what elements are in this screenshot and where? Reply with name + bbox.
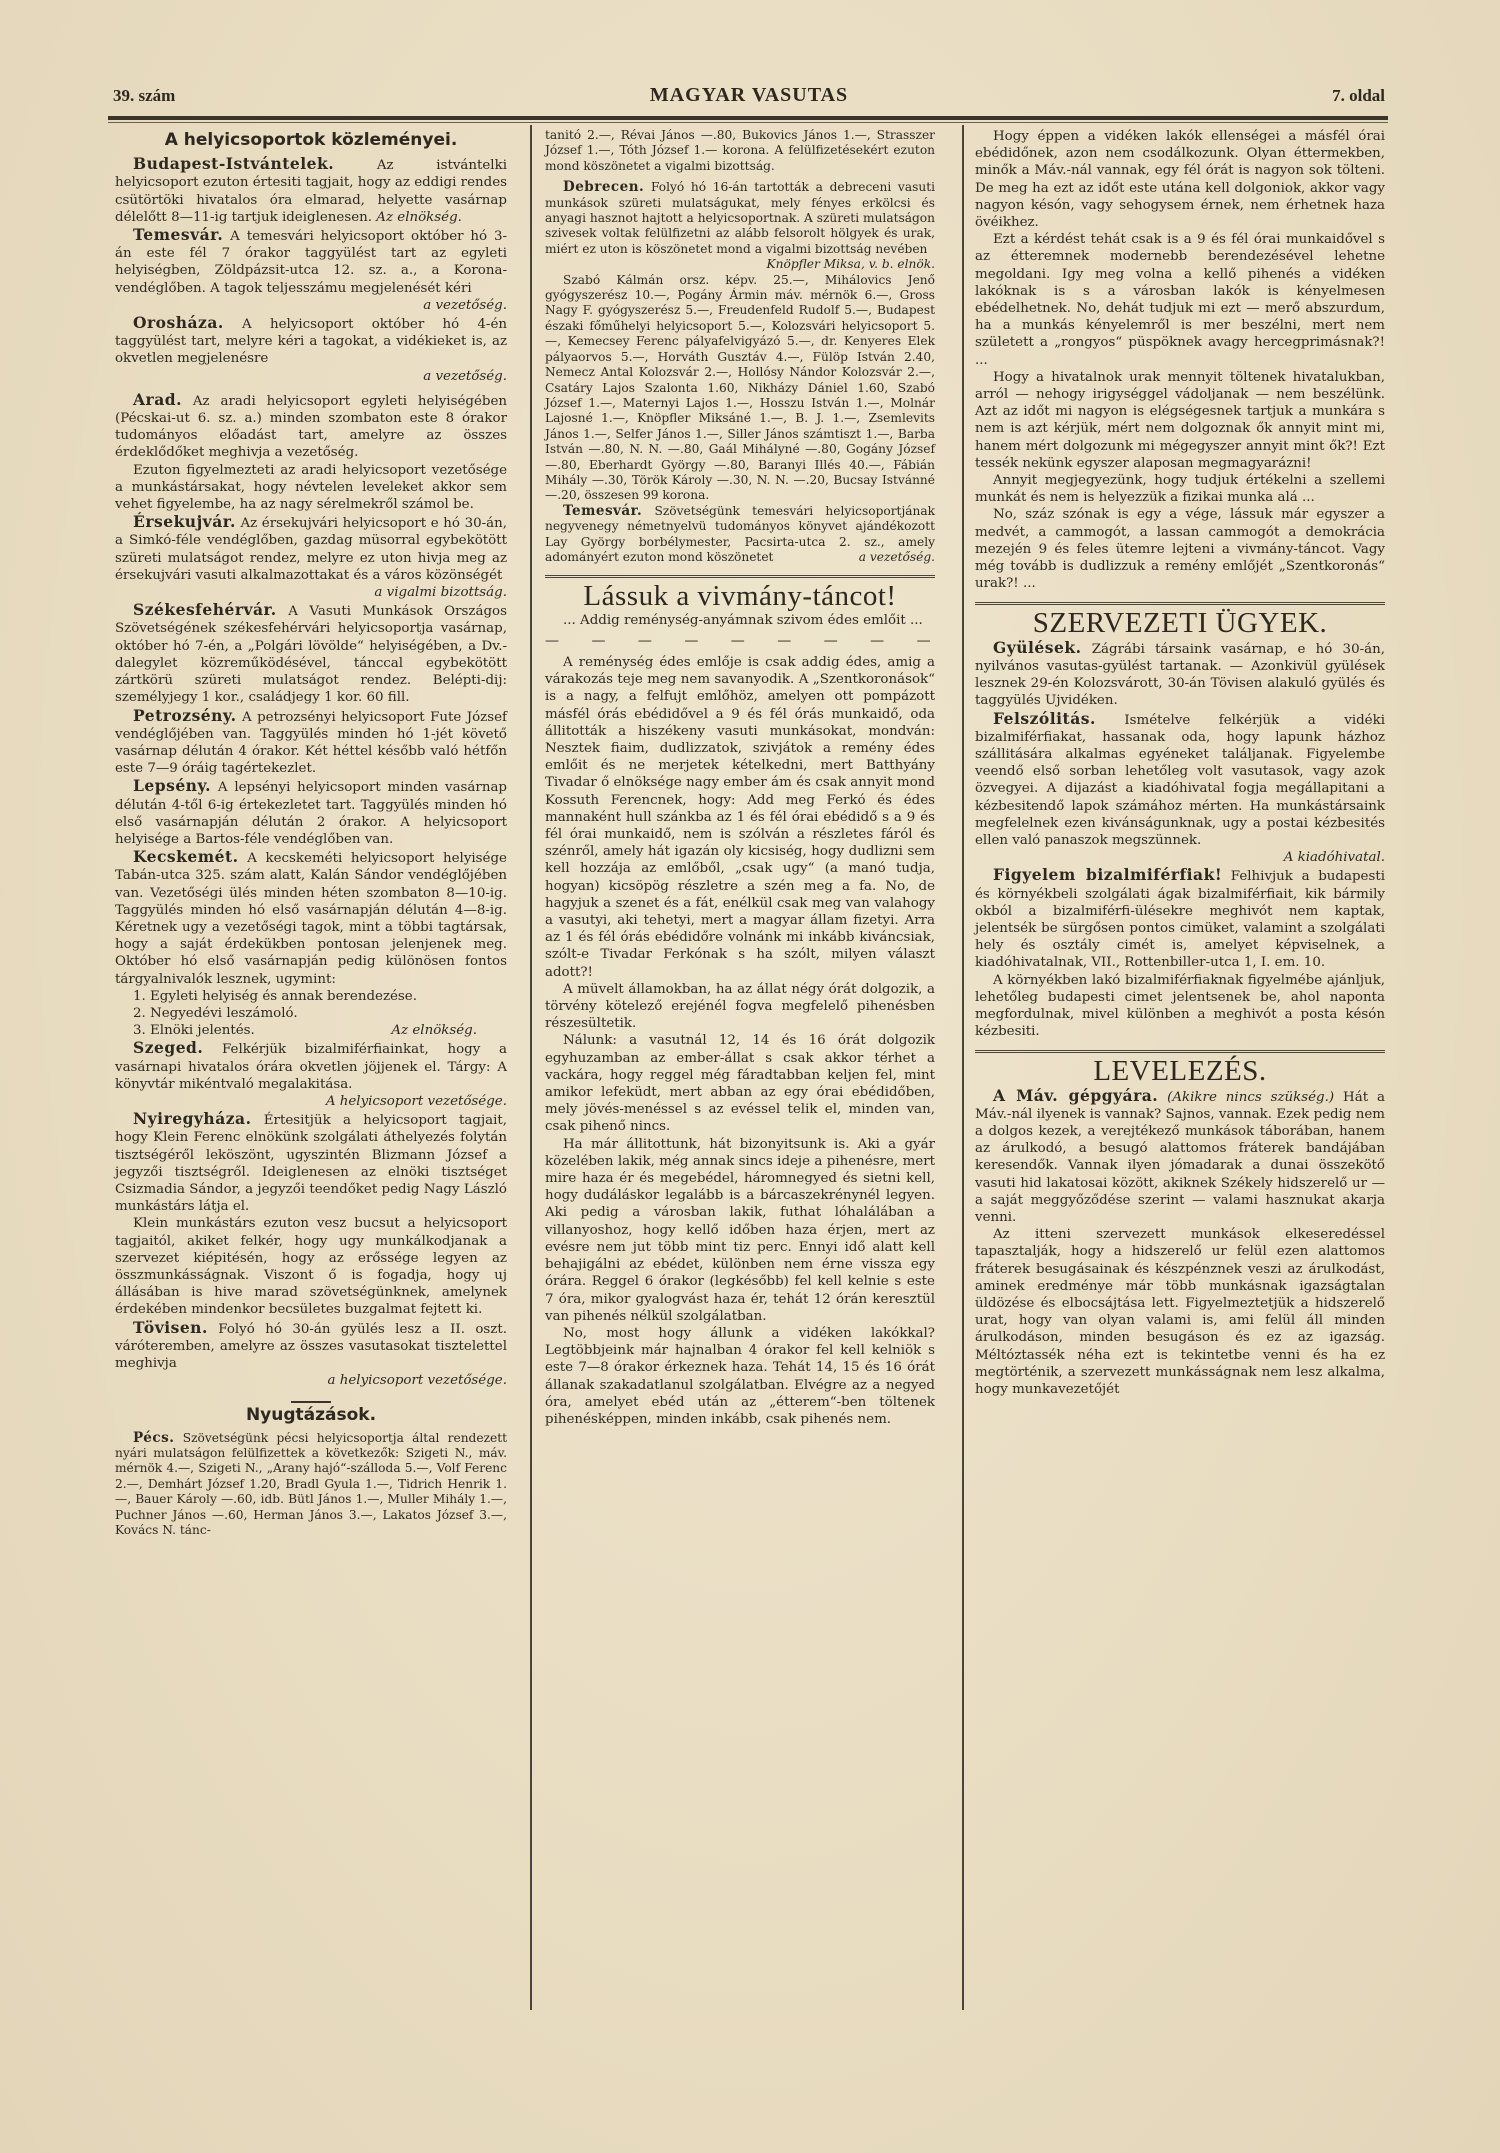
signature: a vezetőség. xyxy=(115,368,507,385)
section-title-organizational: SZERVEZETI ÜGYEK. xyxy=(975,615,1385,632)
article-paragraph: Hogy éppen a vidéken lakók ellenségei a … xyxy=(975,128,1385,231)
notice-item: Szeged. Felkérjük bizalmiférfiainkat, ho… xyxy=(115,1039,507,1093)
notice-item: Temesvár. A temesvári helyicsoport októb… xyxy=(115,226,507,297)
receipt-item: Pécs. Szövetségünk pécsi helyicsoportja … xyxy=(115,1431,507,1539)
notice-item: Arad. Az aradi helyicsoport egyleti hely… xyxy=(115,391,507,462)
page-number: 7. oldal xyxy=(1332,86,1385,106)
donor-list: Szabó Kálmán orsz. képv. 25.—, Mihálovic… xyxy=(545,273,935,504)
article-paragraph: A müvelt államokban, ha az állat négy ór… xyxy=(545,981,935,1033)
agenda-item: 1. Egyleti helyiség és annak berendezése… xyxy=(115,988,507,1005)
column-left: A helyicsoportok közleményei. Budapest-I… xyxy=(115,128,507,1538)
article-paragraph: Hogy a hivatalnok urak mennyit töltenek … xyxy=(975,369,1385,472)
org-item: Figyelem bizalmiférfiak! Felhivjuk a bud… xyxy=(975,866,1385,971)
receipt-item: Debrecen. Folyó hó 16-án tartották a deb… xyxy=(545,180,935,257)
notice-item: Klein munkástárs ezuton vesz bucsut a he… xyxy=(115,1215,507,1318)
column-right: Hogy éppen a vidéken lakók ellenségei a … xyxy=(975,128,1385,1398)
notice-item: Kecskemét. A kecskeméti helyicsoport hel… xyxy=(115,848,507,988)
article-paragraph: No, száz szónak is egy a vége, lássuk má… xyxy=(975,506,1385,592)
masthead: 39. szám MAGYAR VASUTAS 7. oldal xyxy=(113,84,1385,114)
receipts-continued: tanitó 2.—, Révai János —.80, Bukovics J… xyxy=(545,128,935,565)
dash-separator: — — — — — — — — — — xyxy=(545,633,935,650)
org-item: Felszólitás. Ismételve felkérjük a vidék… xyxy=(975,710,1385,850)
section-title-correspondence: LEVELEZÉS. xyxy=(975,1063,1385,1080)
masthead-rule-thin xyxy=(108,122,1388,123)
notice-item: Nyiregyháza. Értesitjük a helyicsoport t… xyxy=(115,1110,507,1215)
separator xyxy=(291,1401,331,1403)
org-item: A környékben lakó bizalmiférfiaknak figy… xyxy=(975,972,1385,1041)
column-middle: tanitó 2.—, Révai János —.80, Bukovics J… xyxy=(545,128,935,1428)
notice-item: Lepsény. A lepsényi helyicsoport minden … xyxy=(115,777,507,848)
agenda-item: 3. Elnöki jelentés. Az elnökség. xyxy=(115,1022,507,1039)
notice-item: Székesfehérvár. A Vasuti Munkások Ország… xyxy=(115,601,507,706)
separator xyxy=(545,575,935,578)
receipt-item: Temesvár. Szövetségünk temesvári helyics… xyxy=(545,504,935,566)
article-paragraph: Ha már állitottunk, hát bizonyitsunk is.… xyxy=(545,1136,935,1325)
article-paragraph: Nálunk: a vasutnál 12, 14 és 16 órát dol… xyxy=(545,1032,935,1135)
article-paragraph: A reménység édes emlője is csak addig éd… xyxy=(545,654,935,981)
receipts-text: tanitó 2.—, Révai János —.80, Bukovics J… xyxy=(545,128,935,174)
article-paragraph: No, most hogy állunk a vidéken lakókkal?… xyxy=(545,1325,935,1428)
newspaper-page: 39. szám MAGYAR VASUTAS 7. oldal A helyi… xyxy=(0,0,1500,2153)
notice-item: Tövisen. Folyó hó 30-án gyülés lesz a II… xyxy=(115,1319,507,1373)
article-title: Lássuk a vivmány-táncot! xyxy=(545,588,935,605)
separator xyxy=(975,1050,1385,1053)
signature: a helyicsoport vezetősége. xyxy=(115,1372,507,1389)
separator xyxy=(975,602,1385,605)
section-title-receipts: Nyugtázások. xyxy=(115,1407,507,1424)
section-title-local-groups: A helyicsoportok közleményei. xyxy=(115,132,507,149)
notice-item: Érsekujvár. Az érsekujvári helyicsoport … xyxy=(115,513,507,584)
notice-item: Orosháza. A helyicsoport október hó 4-én… xyxy=(115,314,507,368)
masthead-rule xyxy=(108,116,1388,120)
letter-item: A Máv. gépgyára. (Akikre nincs szükség.)… xyxy=(975,1087,1385,1227)
signature: A kiadóhivatal. xyxy=(975,849,1385,866)
letter-item: Az itteni szervezett munkások elkeseredé… xyxy=(975,1226,1385,1398)
newspaper-title: MAGYAR VASUTAS xyxy=(113,84,1385,107)
agenda-item: 2. Negyedévi leszámoló. xyxy=(115,1005,507,1022)
notice-item: Petrozsény. A petrozsényi helyicsoport F… xyxy=(115,707,507,778)
article-paragraph: Ezt a kérdést tehát csak is a 9 és fél ó… xyxy=(975,231,1385,369)
epigraph: ... Addig reménység-anyámnak szivom édes… xyxy=(545,612,935,629)
notice-item: Ezuton figyelmezteti az aradi helyicsopo… xyxy=(115,462,507,514)
column-divider xyxy=(530,125,532,2010)
notice-item: Budapest-Istvántelek. Az istvántelki hel… xyxy=(115,155,507,226)
article-paragraph: Annyit megjegyezünk, hogy tudjuk értékel… xyxy=(975,472,1385,506)
column-divider xyxy=(962,125,964,2010)
org-item: Gyülések. Zágrábi társaink vasárnap, e h… xyxy=(975,639,1385,710)
receipts-block: Pécs. Szövetségünk pécsi helyicsoportja … xyxy=(115,1431,507,1539)
